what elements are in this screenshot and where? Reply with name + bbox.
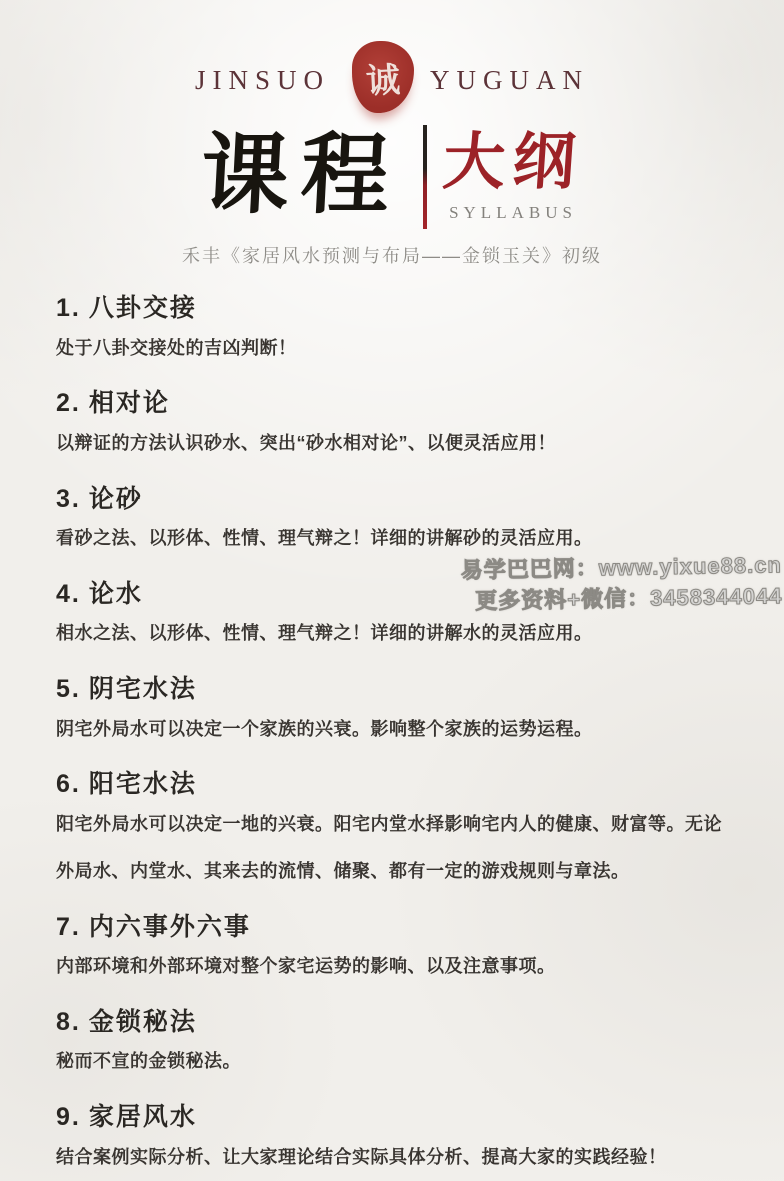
item-name: 家居风水: [89, 1103, 197, 1131]
syllabus-item-2: 2.相对论 以辩证的方法认识砂水、突出“砂水相对论”、以便灵活应用！: [56, 371, 728, 466]
item-title: 1.八卦交接: [56, 276, 728, 325]
item-name: 八卦交接: [89, 294, 197, 322]
item-name: 内六事外六事: [89, 913, 251, 941]
item-description: 秘而不宣的金锁秘法。: [56, 1038, 728, 1085]
item-title: 9.家居风水: [56, 1085, 728, 1134]
title-right-block: 大纲 SYLLABUS: [443, 131, 583, 222]
item-description: 结合案例实际分析、让大家理论结合实际具体分析、提高大家的实践经验！: [56, 1134, 728, 1181]
item-description: 处于八卦交接处的吉凶判断！: [56, 325, 728, 372]
item-description: 阴宅外局水可以决定一个家族的兴衰。影响整个家族的运势运程。: [56, 706, 728, 753]
title-divider: [423, 125, 427, 229]
syllabus-poster: JINSUO 诚 YUGUAN 课程 大纲 SYLLABUS 禾丰《家居风水预测…: [0, 0, 784, 1181]
syllabus-item-6: 6.阳宅水法 阳宅外局水可以决定一地的兴衰。阳宅内堂水择影响宅内人的健康、财富等…: [56, 752, 728, 894]
syllabus-item-8: 8.金锁秘法 秘而不宣的金锁秘法。: [56, 990, 728, 1085]
syllabus-item-9: 9.家居风水 结合案例实际分析、让大家理论结合实际具体分析、提高大家的实践经验！: [56, 1085, 728, 1180]
header: JINSUO 诚 YUGUAN 课程 大纲 SYLLABUS 禾丰《家居风水预测…: [0, 44, 784, 268]
item-description: 以辩证的方法认识砂水、突出“砂水相对论”、以便灵活应用！: [56, 420, 728, 467]
item-name: 阳宅水法: [89, 770, 197, 798]
item-number: 2.: [56, 389, 81, 417]
item-number: 9.: [56, 1103, 81, 1131]
item-description: 看砂之法、以形体、性情、理气辩之！详细的讲解砂的灵活应用。: [56, 515, 728, 562]
brand-word-jinsuo: JINSUO: [195, 65, 330, 96]
item-title: 5.阴宅水法: [56, 657, 728, 706]
page-title: 课程 大纲 SYLLABUS: [0, 118, 784, 236]
item-number: 1.: [56, 294, 81, 322]
item-title: 8.金锁秘法: [56, 990, 728, 1039]
item-number: 8.: [56, 1008, 81, 1036]
item-number: 7.: [56, 913, 81, 941]
syllabus-item-4: 4.论水 相水之法、以形体、性情、理气辩之！详细的讲解水的灵活应用。: [56, 562, 728, 657]
title-main: 课程: [199, 133, 404, 221]
item-name: 阴宅水法: [89, 675, 197, 703]
item-number: 3.: [56, 485, 81, 513]
brand-logo: JINSUO 诚 YUGUAN: [0, 44, 784, 116]
brand-seal-icon: 诚: [352, 41, 414, 113]
item-number: 5.: [56, 675, 81, 703]
item-title: 7.内六事外六事: [56, 895, 728, 944]
syllabus-item-3: 3.论砂 看砂之法、以形体、性情、理气辩之！详细的讲解砂的灵活应用。: [56, 467, 728, 562]
title-english: SYLLABUS: [449, 203, 577, 223]
item-name: 论砂: [89, 485, 143, 513]
title-accent: 大纲: [441, 131, 586, 196]
item-number: 4.: [56, 580, 81, 608]
item-name: 相对论: [89, 389, 170, 417]
item-name: 论水: [89, 580, 143, 608]
syllabus-item-5: 5.阴宅水法 阴宅外局水可以决定一个家族的兴衰。影响整个家族的运势运程。: [56, 657, 728, 752]
brand-word-yuguan: YUGUAN: [430, 65, 589, 96]
item-name: 金锁秘法: [89, 1008, 197, 1036]
item-title: 3.论砂: [56, 467, 728, 516]
item-number: 6.: [56, 770, 81, 798]
item-description: 阳宅外局水可以决定一地的兴衰。阳宅内堂水择影响宅内人的健康、财富等。无论外局水、…: [56, 801, 728, 895]
item-title: 4.论水: [56, 562, 728, 611]
syllabus-item-7: 7.内六事外六事 内部环境和外部环境对整个家宅运势的影响、以及注意事项。: [56, 895, 728, 990]
item-title: 6.阳宅水法: [56, 752, 728, 801]
course-subtitle: 禾丰《家居风水预测与布局——金锁玉关》初级: [0, 242, 784, 268]
item-description: 内部环境和外部环境对整个家宅运势的影响、以及注意事项。: [56, 943, 728, 990]
seal-character: 诚: [365, 52, 402, 103]
item-description: 相水之法、以形体、性情、理气辩之！详细的讲解水的灵活应用。: [56, 610, 728, 657]
syllabus-list: 1.八卦交接 处于八卦交接处的吉凶判断！ 2.相对论 以辩证的方法认识砂水、突出…: [0, 268, 784, 1180]
syllabus-item-1: 1.八卦交接 处于八卦交接处的吉凶判断！: [56, 276, 728, 371]
item-title: 2.相对论: [56, 371, 728, 420]
